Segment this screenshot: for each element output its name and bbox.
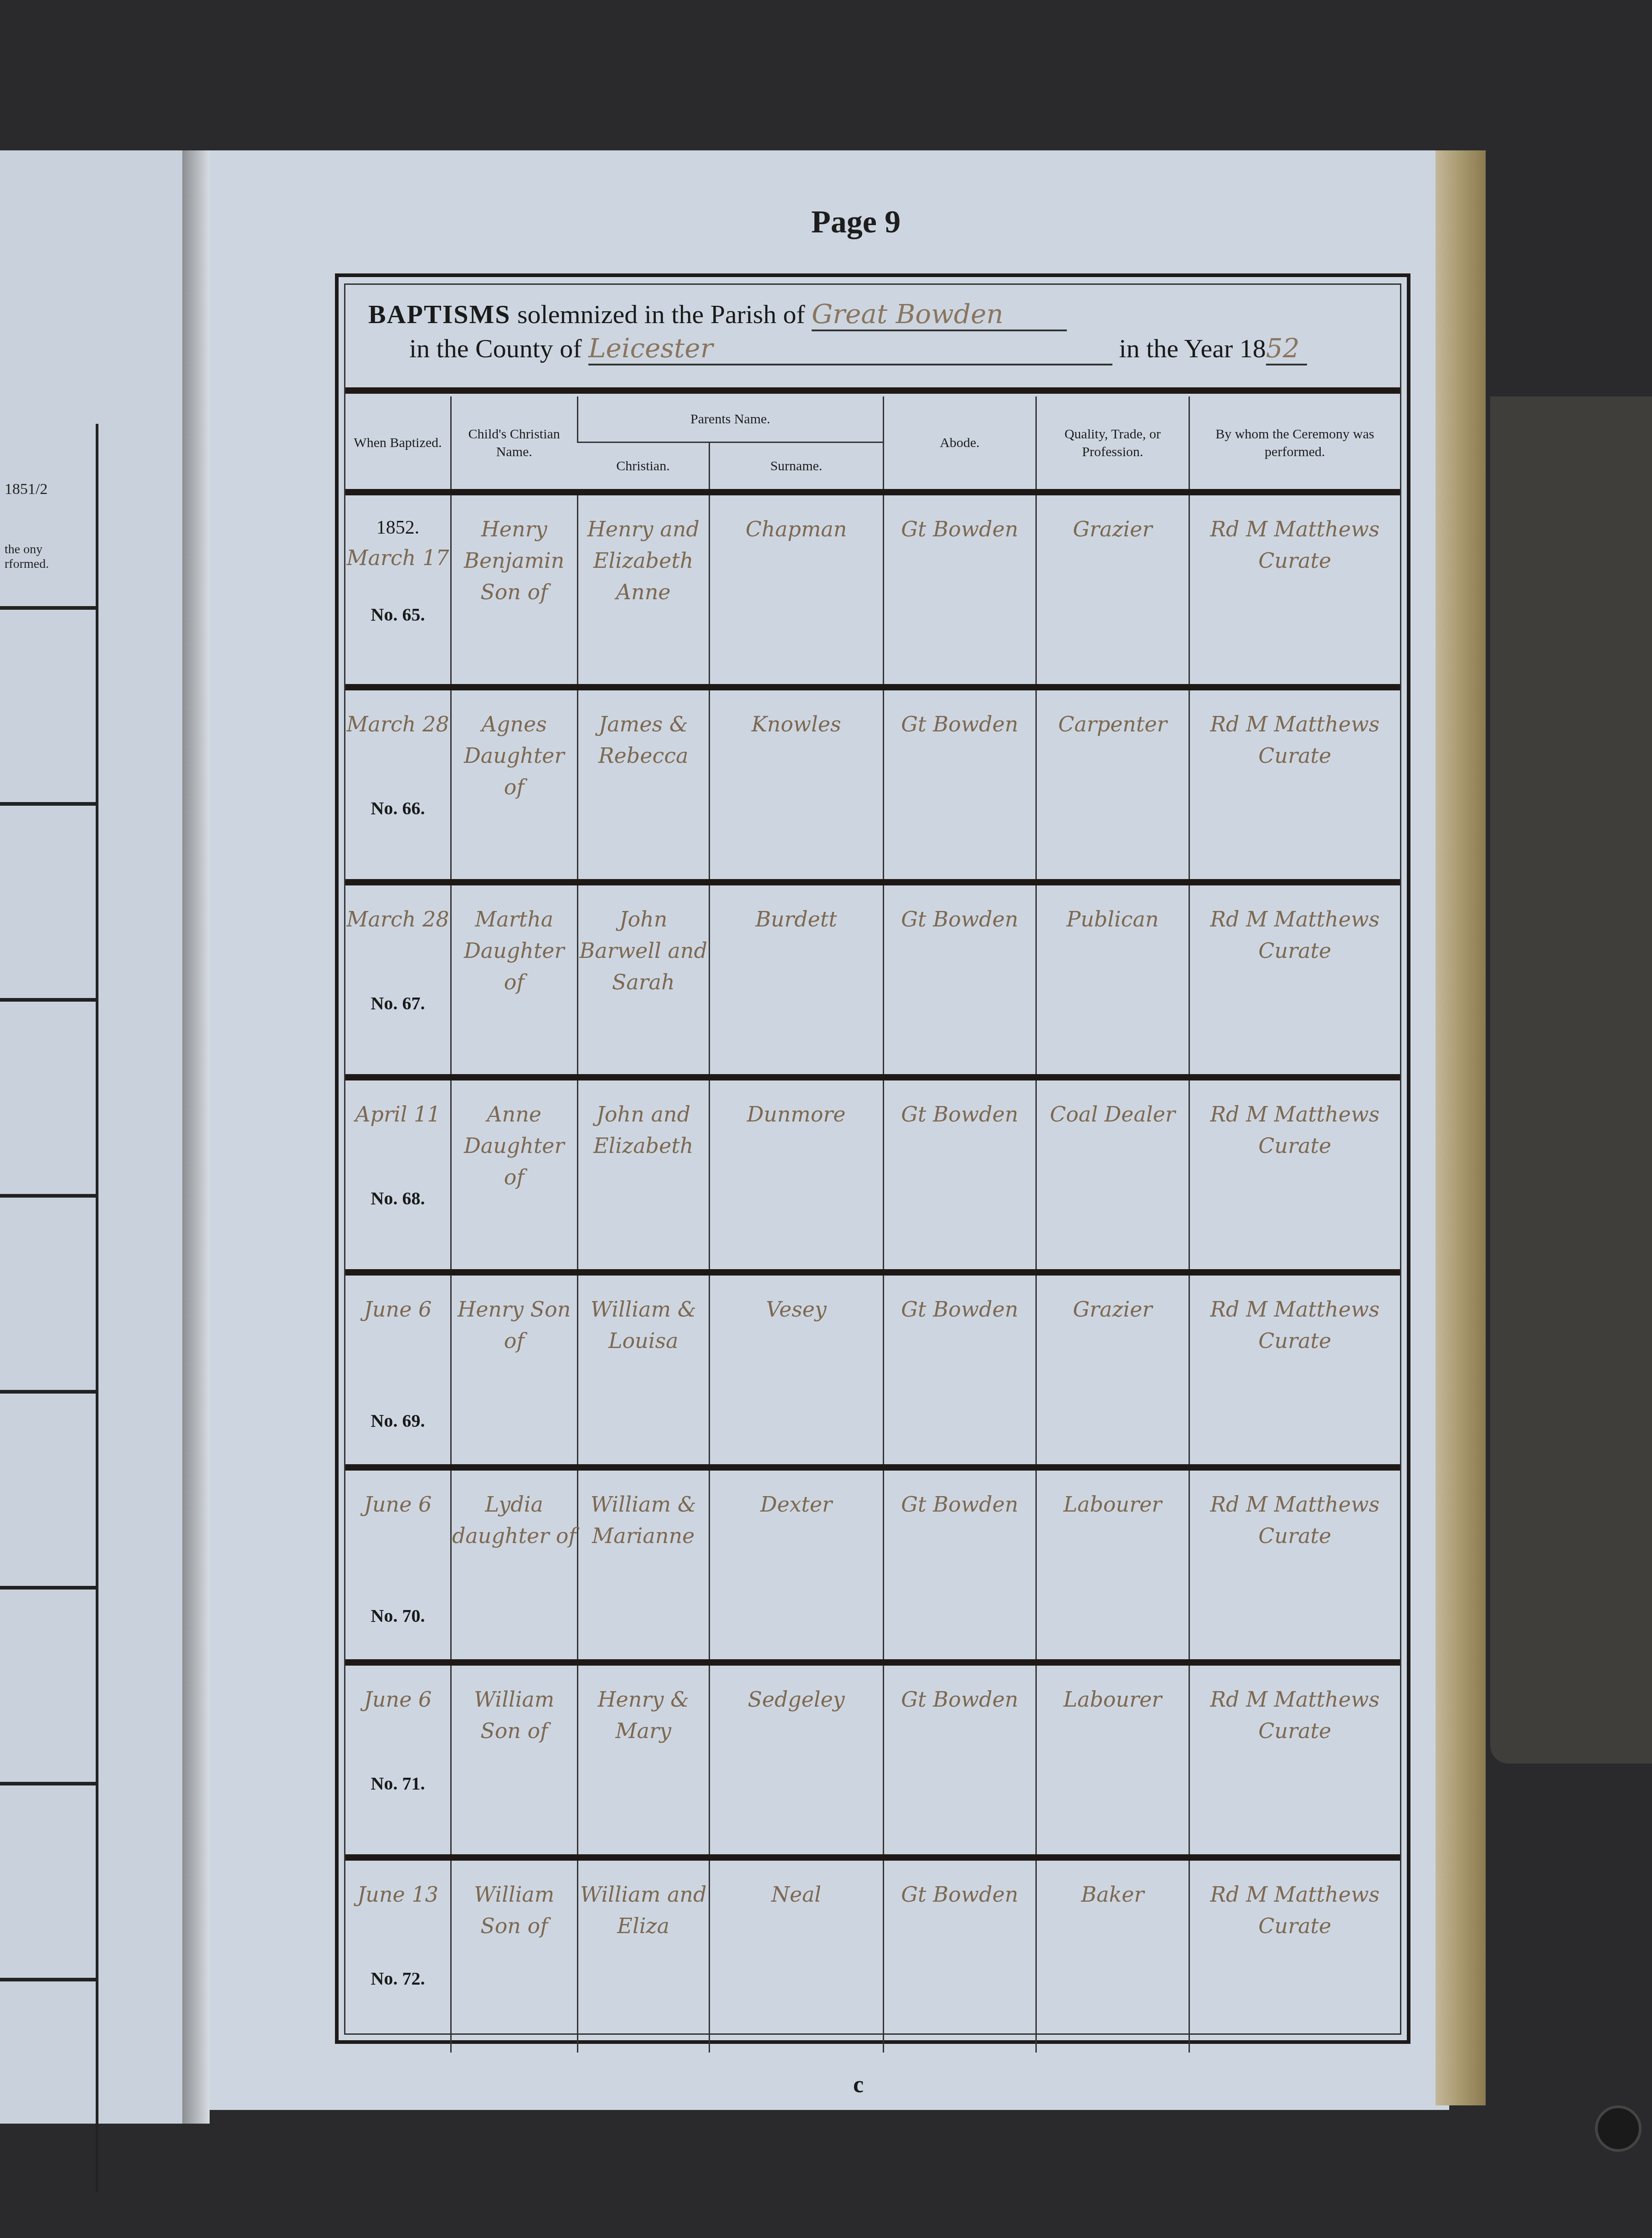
- entry-number: No. 69.: [346, 1407, 450, 1435]
- cell-surname: Chapman: [709, 492, 883, 687]
- cell-parents-christian: William and Eliza: [577, 1857, 709, 2053]
- register-entry: 1852.March 17No. 65. Henry Benjamin Son …: [345, 492, 1400, 687]
- cell-profession: Baker: [1036, 1857, 1189, 2053]
- cell-abode: Gt Bowden: [883, 1272, 1036, 1467]
- left-page: 1851/2 the ony rformed.: [0, 150, 194, 2124]
- cell-child: Anne Daughter of: [451, 1077, 577, 1272]
- foam-support: [1490, 396, 1652, 1764]
- cell-when: June 13No. 72.: [345, 1857, 451, 2053]
- county-line: in the County of Leicester in the Year 1…: [409, 333, 1307, 365]
- register-entry: June 6No. 71. William Son of Henry & Mar…: [345, 1662, 1400, 1857]
- cell-surname: Neal: [709, 1857, 883, 2053]
- cell-parents-christian: John and Elizabeth: [577, 1077, 709, 1272]
- left-year-fragment: 1851/2: [5, 481, 47, 498]
- cell-abode: Gt Bowden: [883, 882, 1036, 1077]
- cell-parents-christian: Henry and Elizabeth Anne: [577, 492, 709, 687]
- cell-surname: Dexter: [709, 1467, 883, 1662]
- cell-surname: Knowles: [709, 687, 883, 882]
- cell-officiant: Rd M Matthews Curate: [1189, 1077, 1400, 1272]
- register-table: When Baptized. Child's Christian Name. P…: [345, 396, 1400, 2053]
- year-field: 52: [1266, 333, 1307, 365]
- cell-profession: Labourer: [1036, 1467, 1189, 1662]
- cell-when: April 11No. 68.: [345, 1077, 451, 1272]
- col-parents-surname: Surname.: [709, 442, 883, 492]
- entry-number: No. 70.: [346, 1602, 450, 1630]
- screw-icon: [1595, 2105, 1642, 2152]
- page-signature-mark: c: [853, 2071, 864, 2098]
- cell-child: William Son of: [451, 1662, 577, 1857]
- cell-abode: Gt Bowden: [883, 492, 1036, 687]
- cell-profession: Publican: [1036, 882, 1189, 1077]
- left-header-fragment: the ony rformed.: [5, 542, 87, 571]
- register-entry: June 13No. 72. William Son of William an…: [345, 1857, 1400, 2053]
- col-parents-name: Parents Name.: [577, 396, 883, 442]
- cell-when: June 6No. 71.: [345, 1662, 451, 1857]
- cell-child: Lydia daughter of: [451, 1467, 577, 1662]
- col-when-baptized: When Baptized.: [345, 396, 451, 492]
- header-rule: [345, 387, 1400, 394]
- cell-when: 1852.March 17No. 65.: [345, 492, 451, 687]
- parish-field: Great Bowden: [812, 298, 1067, 331]
- cell-officiant: Rd M Matthews Curate: [1189, 1272, 1400, 1467]
- year-label: in the Year 18: [1119, 334, 1266, 363]
- cell-profession: Grazier: [1036, 492, 1189, 687]
- cell-officiant: Rd M Matthews Curate: [1189, 1662, 1400, 1857]
- cell-child: Henry Benjamin Son of: [451, 492, 577, 687]
- cell-child: Henry Son of: [451, 1272, 577, 1467]
- cell-abode: Gt Bowden: [883, 1662, 1036, 1857]
- entry-number: No. 68.: [346, 1185, 450, 1212]
- entry-number: No. 67.: [346, 990, 450, 1017]
- book-spine: [182, 150, 210, 2124]
- title-text: solemnized in the Parish of: [517, 299, 805, 329]
- entry-number: No. 65.: [346, 601, 450, 628]
- cell-profession: Coal Dealer: [1036, 1077, 1189, 1272]
- cell-officiant: Rd M Matthews Curate: [1189, 1857, 1400, 2053]
- cell-parents-christian: Henry & Mary: [577, 1662, 709, 1857]
- col-abode: Abode.: [883, 396, 1036, 492]
- cell-abode: Gt Bowden: [883, 1077, 1036, 1272]
- county-field: Leicester: [588, 333, 1112, 365]
- cell-abode: Gt Bowden: [883, 1467, 1036, 1662]
- baptism-register: BAPTISMS solemnized in the Parish of Gre…: [335, 273, 1410, 2044]
- col-child-name: Child's Christian Name.: [451, 396, 577, 492]
- col-parents-christian: Christian.: [577, 442, 709, 492]
- cell-officiant: Rd M Matthews Curate: [1189, 687, 1400, 882]
- cell-surname: Sedgeley: [709, 1662, 883, 1857]
- entry-number: No. 71.: [346, 1770, 450, 1797]
- cell-officiant: Rd M Matthews Curate: [1189, 882, 1400, 1077]
- cell-when: June 6No. 70.: [345, 1467, 451, 1662]
- page-number: Page 9: [811, 204, 901, 241]
- cell-profession: Carpenter: [1036, 687, 1189, 882]
- cell-profession: Labourer: [1036, 1662, 1189, 1857]
- book-binding-edge: [1436, 150, 1486, 2105]
- cell-parents-christian: John Barwell and Sarah: [577, 882, 709, 1077]
- register-entry: June 6No. 69. Henry Son of William & Lou…: [345, 1272, 1400, 1467]
- entry-number: No. 72.: [346, 1965, 450, 1992]
- cell-when: March 28No. 67.: [345, 882, 451, 1077]
- cell-when: March 28No. 66.: [345, 687, 451, 882]
- col-officiant: By whom the Ceremony was performed.: [1189, 396, 1400, 492]
- cell-when: June 6No. 69.: [345, 1272, 451, 1467]
- register-entry: March 28No. 66. Agnes Daughter of James …: [345, 687, 1400, 882]
- register-entry: April 11No. 68. Anne Daughter of John an…: [345, 1077, 1400, 1272]
- col-quality: Quality, Trade, or Profession.: [1036, 396, 1189, 492]
- county-label: in the County of: [409, 334, 582, 363]
- cell-child: William Son of: [451, 1857, 577, 2053]
- cell-parents-christian: William & Louisa: [577, 1272, 709, 1467]
- cell-abode: Gt Bowden: [883, 687, 1036, 882]
- cell-profession: Grazier: [1036, 1272, 1189, 1467]
- register-entry: March 28No. 67. Martha Daughter of John …: [345, 882, 1400, 1077]
- entry-number: No. 66.: [346, 795, 450, 822]
- register-title-line: BAPTISMS solemnized in the Parish of Gre…: [368, 298, 1067, 331]
- register-entry: June 6No. 70. Lydia daughter of William …: [345, 1467, 1400, 1662]
- cell-officiant: Rd M Matthews Curate: [1189, 1467, 1400, 1662]
- title-baptisms: BAPTISMS: [368, 299, 511, 329]
- cell-officiant: Rd M Matthews Curate: [1189, 492, 1400, 687]
- cell-parents-christian: William & Marianne: [577, 1467, 709, 1662]
- cell-abode: Gt Bowden: [883, 1857, 1036, 2053]
- cell-child: Agnes Daughter of: [451, 687, 577, 882]
- cell-surname: Burdett: [709, 882, 883, 1077]
- cell-parents-christian: James & Rebecca: [577, 687, 709, 882]
- left-page-register-fragment: 1851/2 the ony rformed.: [0, 424, 98, 2192]
- cell-surname: Dunmore: [709, 1077, 883, 1272]
- cell-child: Martha Daughter of: [451, 882, 577, 1077]
- cell-surname: Vesey: [709, 1272, 883, 1467]
